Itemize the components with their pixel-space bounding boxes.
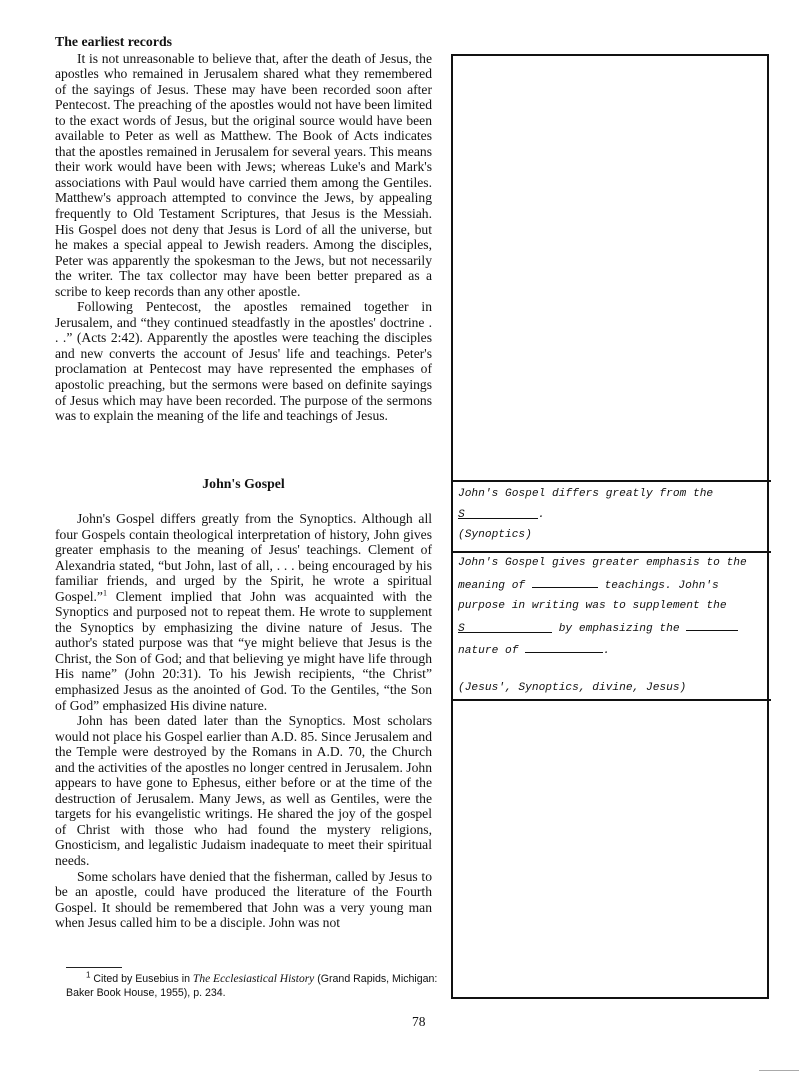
paragraph-text: Clement implied that John was acquainted… [55,589,432,713]
footnote: 1 Cited by Eusebius in The Ecclesiastica… [66,972,438,1000]
frame-1-prompt: John's Gospel differs greatly from the [458,484,763,505]
frame-divider [451,480,771,482]
body-paragraph: John has been dated later than the Synop… [55,713,432,868]
section-heading: The earliest records [55,34,432,50]
footnote-rule [66,967,122,968]
footnote-text: Cited by Eusebius in [90,973,192,985]
frame-1-blank-line: S. [458,505,763,526]
section-heading: John's Gospel [55,476,432,492]
frame-2-line: John's Gospel gives greater emphasis to … [458,553,763,574]
scan-edge-mark [759,1070,799,1071]
body-paragraph: It is not unreasonable to believe that, … [55,51,432,300]
frame-1: John's Gospel differs greatly from the S… [458,484,763,546]
footnote-book-title: The Ecclesiastical History [193,973,314,985]
body-paragraph: John's Gospel differs greatly from the S… [55,511,432,713]
frame-2-line: S by emphasizing the [458,617,763,640]
frame-divider [451,699,771,701]
frame-2-line: meaning of teachings. John's [458,574,763,597]
answer-blank[interactable]: S [458,619,552,633]
body-paragraph: Following Pentecost, the apostles remain… [55,299,432,423]
frame-2-line: nature of . [458,639,763,662]
answer-blank[interactable] [525,639,603,653]
frame-1-answer: (Synoptics) [458,525,763,546]
section-johns-gospel: John's Gospel differs greatly from the S… [55,511,432,931]
body-paragraph: Some scholars have denied that the fishe… [55,869,432,931]
answer-blank[interactable] [532,574,598,588]
section-earliest-records: The earliest records It is not unreasona… [55,34,432,424]
answer-blank[interactable]: S [458,505,538,519]
page-number: 78 [412,1014,426,1030]
frame-2-answer: (Jesus', Synoptics, divine, Jesus) [458,678,763,699]
answer-blank[interactable] [686,617,738,631]
frame-2-line: purpose in writing was to supplement the [458,596,763,617]
frame-2: John's Gospel gives greater emphasis to … [458,553,763,698]
